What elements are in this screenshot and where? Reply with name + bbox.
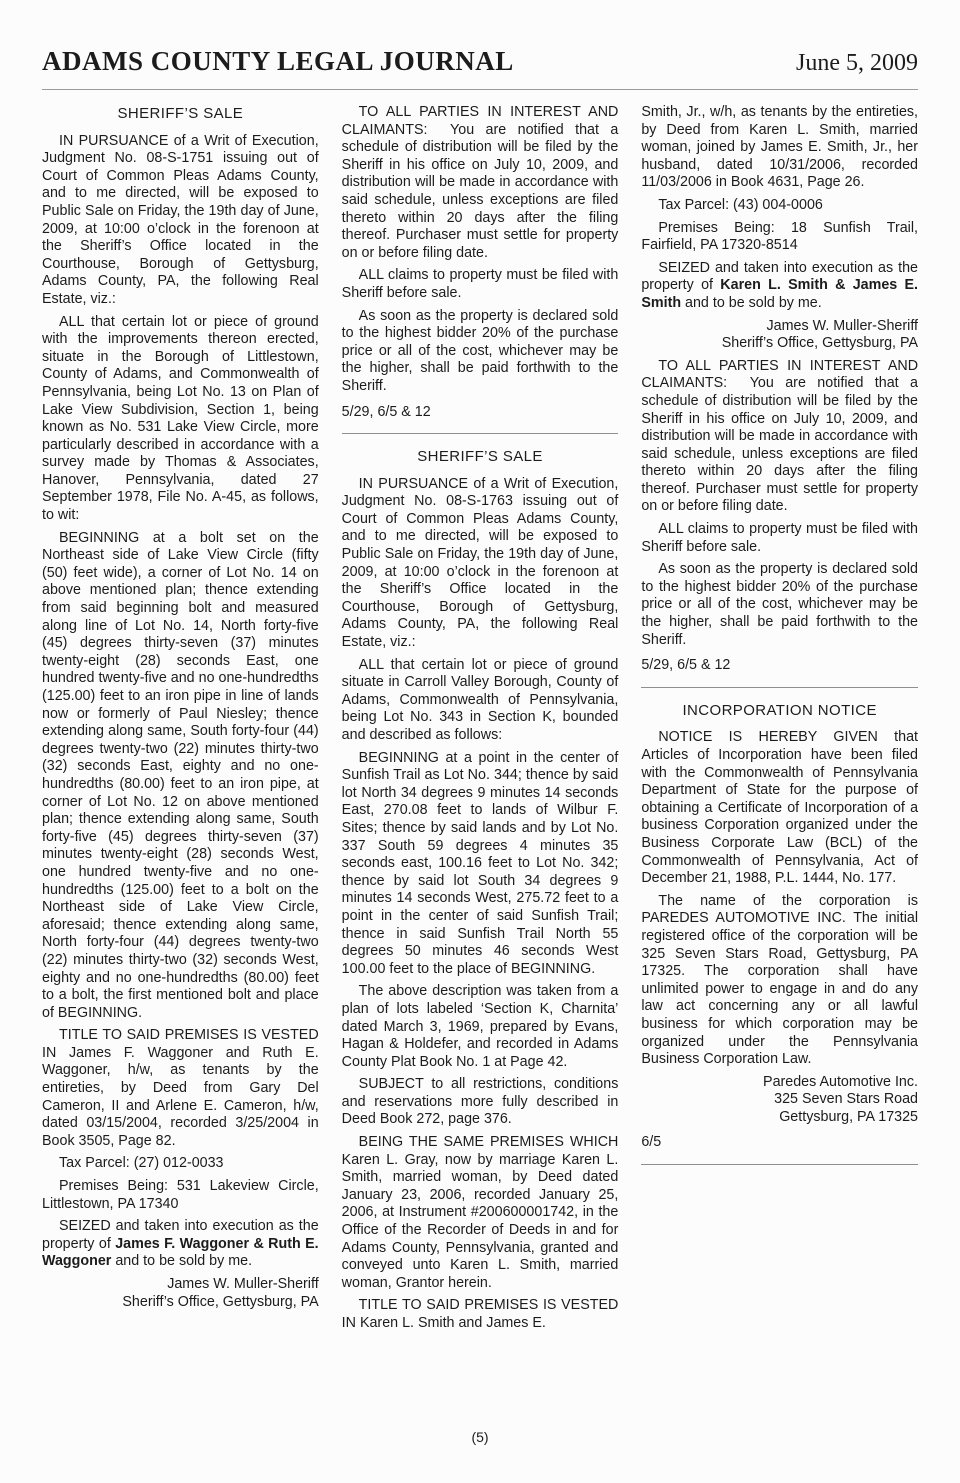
journal-page: ADAMS COUNTY LEGAL JOURNAL June 5, 2009 … (0, 0, 960, 1483)
notice-paragraph: SEIZED and taken into execution as the p… (641, 260, 918, 313)
notice-paragraph: BEGINNING at a point in the center of Su… (342, 750, 619, 979)
notice-heading: SHERIFF’S SALE (42, 105, 319, 123)
signature-block: James W. Muller-SheriffSheriff’s Office,… (42, 1276, 319, 1311)
notice-paragraph: Tax Parcel: (27) 012-0033 (42, 1155, 319, 1173)
notice-paragraph: NOTICE IS HEREBY GIVEN that Articles of … (641, 729, 918, 887)
notice-paragraph: ALL claims to property must be filed wit… (641, 521, 918, 556)
notice-divider (641, 687, 918, 688)
notice-paragraph: Premises Being: 18 Sunfish Trail, Fairfi… (641, 220, 918, 255)
signature-block: James W. Muller-SheriffSheriff’s Office,… (641, 318, 918, 353)
notice-paragraph: Premises Being: 531 Lakeview Circle, Lit… (42, 1178, 319, 1213)
column-2: TO ALL PARTIES IN INTEREST AND CLAIMANTS… (342, 104, 619, 1338)
signature-line: James W. Muller-Sheriff (641, 318, 918, 336)
notice-paragraph: TO ALL PARTIES IN INTEREST AND CLAIMANTS… (641, 358, 918, 516)
signature-line: Paredes Automotive Inc. (641, 1074, 918, 1092)
notice-paragraph: ALL that certain lot or piece of ground … (42, 314, 319, 525)
notice-paragraph: IN PURSUANCE of a Writ of Execution, Jud… (342, 476, 619, 652)
notice-paragraph: ALL that certain lot or piece of ground … (342, 657, 619, 745)
notice-heading: SHERIFF’S SALE (342, 448, 619, 466)
notice-paragraph: TITLE TO SAID PREMISES IS VESTED IN Jame… (42, 1027, 319, 1150)
notice-paragraph: BEING THE SAME PREMISES WHICH Karen L. G… (342, 1134, 619, 1292)
notice-paragraph: The above description was taken from a p… (342, 983, 619, 1071)
publication-dates: 6/5 (641, 1134, 918, 1152)
journal-title: ADAMS COUNTY LEGAL JOURNAL (42, 46, 514, 77)
issue-date: June 5, 2009 (796, 50, 918, 77)
notice-paragraph: SEIZED and taken into execution as the p… (42, 1218, 319, 1271)
notice-heading: INCORPORATION NOTICE (641, 702, 918, 720)
column-1: SHERIFF’S SALEIN PURSUANCE of a Writ of … (42, 104, 319, 1338)
notice-divider (342, 433, 619, 434)
notice-paragraph: ALL claims to property must be filed wit… (342, 267, 619, 302)
notice-paragraph: As soon as the property is declared sold… (342, 308, 619, 396)
publication-dates: 5/29, 6/5 & 12 (641, 657, 918, 675)
column-3: Smith, Jr., w/h, as tenants by the entir… (641, 104, 918, 1338)
notice-paragraph: Smith, Jr., w/h, as tenants by the entir… (641, 104, 918, 192)
notice-paragraph: The name of the corporation is PAREDES A… (641, 893, 918, 1069)
notice-columns: SHERIFF’S SALEIN PURSUANCE of a Writ of … (0, 90, 960, 1338)
notice-paragraph: TO ALL PARTIES IN INTEREST AND CLAIMANTS… (342, 104, 619, 262)
notice-divider (641, 1164, 918, 1165)
signature-block: Paredes Automotive Inc.325 Seven Stars R… (641, 1074, 918, 1127)
notice-paragraph: BEGINNING at a bolt set on the Northeast… (42, 530, 319, 1023)
signature-line: Sheriff’s Office, Gettysburg, PA (641, 335, 918, 353)
signature-line: Sheriff’s Office, Gettysburg, PA (42, 1294, 319, 1312)
page-number: (5) (0, 1429, 960, 1445)
publication-dates: 5/29, 6/5 & 12 (342, 404, 619, 422)
notice-paragraph: TITLE TO SAID PREMISES IS VESTED IN Kare… (342, 1297, 619, 1332)
masthead: ADAMS COUNTY LEGAL JOURNAL June 5, 2009 (0, 0, 960, 77)
signature-line: 325 Seven Stars Road (641, 1091, 918, 1109)
signature-line: Gettysburg, PA 17325 (641, 1109, 918, 1127)
notice-paragraph: IN PURSUANCE of a Writ of Execution, Jud… (42, 133, 319, 309)
notice-paragraph: As soon as the property is declared sold… (641, 561, 918, 649)
notice-paragraph: SUBJECT to all restrictions, conditions … (342, 1076, 619, 1129)
notice-paragraph: Tax Parcel: (43) 004-0006 (641, 197, 918, 215)
signature-line: James W. Muller-Sheriff (42, 1276, 319, 1294)
